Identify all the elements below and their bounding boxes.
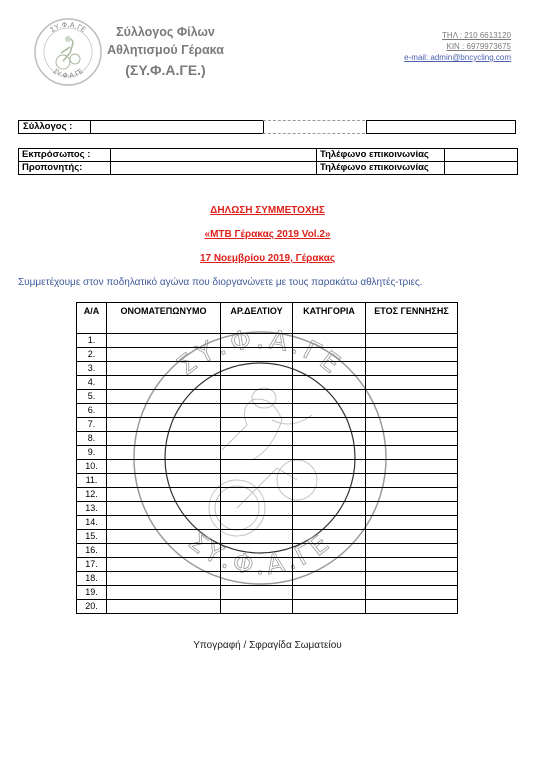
- table-row: 9.: [77, 446, 458, 460]
- row-index: 19.: [77, 586, 107, 600]
- table-row: 11.: [77, 474, 458, 488]
- table-row: 1.: [77, 334, 458, 348]
- birth-year-cell[interactable]: [366, 432, 458, 446]
- fullname-cell[interactable]: [107, 558, 221, 572]
- athletes-table: Α/Α ΟΝΟΜΑΤΕΠΩΝΥΜΟ ΑΡ.ΔΕΛΤΙΟΥ ΚΑΤΗΓΟΡΙΑ Ε…: [76, 302, 458, 614]
- license-cell[interactable]: [221, 544, 293, 558]
- license-cell[interactable]: [221, 558, 293, 572]
- fullname-cell[interactable]: [107, 334, 221, 348]
- club-logo-icon: ΣΥ.Φ.Α.ΓΕ ΣΥ.Φ.Α.ΓΕ: [33, 17, 103, 87]
- row-index: 4.: [77, 376, 107, 390]
- category-cell[interactable]: [293, 348, 366, 362]
- row-index: 17.: [77, 558, 107, 572]
- row-index: 15.: [77, 530, 107, 544]
- birth-year-cell[interactable]: [366, 460, 458, 474]
- representative-label: Εκπρόσωπος :: [19, 149, 111, 162]
- license-cell[interactable]: [221, 376, 293, 390]
- category-cell[interactable]: [293, 544, 366, 558]
- signature-stamp-label: Υπογραφή / Σφραγίδα Σωματείου: [0, 640, 535, 651]
- club-field[interactable]: [90, 120, 264, 134]
- col-header-fullname: ΟΝΟΜΑΤΕΠΩΝΥΜΟ: [107, 303, 221, 334]
- license-cell[interactable]: [221, 432, 293, 446]
- license-cell[interactable]: [221, 516, 293, 530]
- table-row: 17.: [77, 558, 458, 572]
- license-cell[interactable]: [221, 362, 293, 376]
- license-cell[interactable]: [221, 390, 293, 404]
- club-label: Σύλλογος :: [18, 120, 91, 134]
- category-cell[interactable]: [293, 376, 366, 390]
- event-date-place: 17 Νοεμβρίου 2019, Γέρακας: [0, 253, 535, 264]
- fullname-cell[interactable]: [107, 488, 221, 502]
- birth-year-cell[interactable]: [366, 348, 458, 362]
- license-cell[interactable]: [221, 488, 293, 502]
- birth-year-cell[interactable]: [366, 334, 458, 348]
- birth-year-cell[interactable]: [366, 362, 458, 376]
- category-cell[interactable]: [293, 362, 366, 376]
- athletes-table-header: Α/Α ΟΝΟΜΑΤΕΠΩΝΥΜΟ ΑΡ.ΔΕΛΤΙΟΥ ΚΑΤΗΓΟΡΙΑ Ε…: [77, 303, 458, 334]
- license-cell[interactable]: [221, 600, 293, 614]
- birth-year-cell[interactable]: [366, 390, 458, 404]
- license-cell[interactable]: [221, 572, 293, 586]
- category-cell[interactable]: [293, 460, 366, 474]
- license-cell[interactable]: [221, 502, 293, 516]
- birth-year-cell[interactable]: [366, 488, 458, 502]
- table-row: 16.: [77, 544, 458, 558]
- table-row: 15.: [77, 530, 458, 544]
- row-index: 7.: [77, 418, 107, 432]
- coach-field[interactable]: [111, 162, 317, 175]
- birth-year-cell[interactable]: [366, 572, 458, 586]
- birth-year-cell[interactable]: [366, 544, 458, 558]
- org-abbreviation: (ΣΥ.Φ.Α.ΓΕ.): [103, 62, 228, 78]
- col-header-index: Α/Α: [77, 303, 107, 334]
- fullname-cell[interactable]: [107, 362, 221, 376]
- category-cell[interactable]: [293, 502, 366, 516]
- license-cell[interactable]: [221, 460, 293, 474]
- row-index: 16.: [77, 544, 107, 558]
- birth-year-cell[interactable]: [366, 404, 458, 418]
- category-cell[interactable]: [293, 418, 366, 432]
- row-index: 14.: [77, 516, 107, 530]
- birth-year-cell[interactable]: [366, 502, 458, 516]
- table-row: 5.: [77, 390, 458, 404]
- license-cell[interactable]: [221, 404, 293, 418]
- row-index: 11.: [77, 474, 107, 488]
- fullname-cell[interactable]: [107, 586, 221, 600]
- category-cell[interactable]: [293, 404, 366, 418]
- declaration-title: ΔΗΛΩΣΗ ΣΥΜΜΕΤΟΧΗΣ: [0, 205, 535, 216]
- contacts-table: Εκπρόσωπος : Τηλέφωνο επικοινωνίας Προπο…: [18, 148, 518, 175]
- license-cell[interactable]: [221, 474, 293, 488]
- category-cell[interactable]: [293, 572, 366, 586]
- row-index: 8.: [77, 432, 107, 446]
- intro-text: Συμμετέχουμε στον ποδηλατικό αγώνα που δ…: [18, 277, 423, 288]
- category-cell[interactable]: [293, 432, 366, 446]
- representative-field[interactable]: [111, 149, 317, 162]
- fullname-cell[interactable]: [107, 502, 221, 516]
- birth-year-cell[interactable]: [366, 558, 458, 572]
- fullname-cell[interactable]: [107, 600, 221, 614]
- license-cell[interactable]: [221, 334, 293, 348]
- table-row: 10.: [77, 460, 458, 474]
- fullname-cell[interactable]: [107, 516, 221, 530]
- fullname-cell[interactable]: [107, 432, 221, 446]
- table-row: 4.: [77, 376, 458, 390]
- col-header-license: ΑΡ.ΔΕΛΤΙΟΥ: [221, 303, 293, 334]
- row-index: 9.: [77, 446, 107, 460]
- birth-year-cell[interactable]: [366, 376, 458, 390]
- table-row: 2.: [77, 348, 458, 362]
- table-row: 18.: [77, 572, 458, 586]
- org-name-line1: Σύλλογος Φίλων: [103, 25, 228, 39]
- fullname-cell[interactable]: [107, 544, 221, 558]
- club-field-secondary[interactable]: [366, 120, 516, 134]
- table-row: 7.: [77, 418, 458, 432]
- table-row: 14.: [77, 516, 458, 530]
- category-cell[interactable]: [293, 390, 366, 404]
- table-row: 13.: [77, 502, 458, 516]
- col-header-birth-year: ΕΤΟΣ ΓΕΝΝΗΣΗΣ: [366, 303, 458, 334]
- birth-year-cell[interactable]: [366, 418, 458, 432]
- license-cell[interactable]: [221, 586, 293, 600]
- license-cell[interactable]: [221, 418, 293, 432]
- row-index: 10.: [77, 460, 107, 474]
- fullname-cell[interactable]: [107, 348, 221, 362]
- category-cell[interactable]: [293, 600, 366, 614]
- mobile-number: ΚΙΝ : 6979973675: [447, 42, 512, 51]
- row-index: 6.: [77, 404, 107, 418]
- fullname-cell[interactable]: [107, 572, 221, 586]
- birth-year-cell[interactable]: [366, 530, 458, 544]
- coach-phone-field[interactable]: [445, 162, 518, 175]
- fullname-cell[interactable]: [107, 530, 221, 544]
- representative-row: Εκπρόσωπος : Τηλέφωνο επικοινωνίας: [19, 149, 518, 162]
- event-title: «MTB Γέρακας 2019 Vol.2»: [0, 229, 535, 240]
- category-cell[interactable]: [293, 334, 366, 348]
- category-cell[interactable]: [293, 446, 366, 460]
- row-index: 12.: [77, 488, 107, 502]
- license-cell[interactable]: [221, 446, 293, 460]
- representative-phone-field[interactable]: [445, 149, 518, 162]
- row-index: 5.: [77, 390, 107, 404]
- fullname-cell[interactable]: [107, 446, 221, 460]
- fullname-cell[interactable]: [107, 474, 221, 488]
- club-field-extension[interactable]: [263, 120, 365, 134]
- category-cell[interactable]: [293, 516, 366, 530]
- category-cell[interactable]: [293, 488, 366, 502]
- fullname-cell[interactable]: [107, 418, 221, 432]
- birth-year-cell[interactable]: [366, 516, 458, 530]
- table-row: 8.: [77, 432, 458, 446]
- category-cell[interactable]: [293, 558, 366, 572]
- row-index: 3.: [77, 362, 107, 376]
- coach-phone-label: Τηλέφωνο επικοινωνίας: [317, 162, 445, 175]
- fullname-cell[interactable]: [107, 460, 221, 474]
- coach-label: Προπονητής:: [19, 162, 111, 175]
- row-index: 1.: [77, 334, 107, 348]
- birth-year-cell[interactable]: [366, 600, 458, 614]
- email-link[interactable]: e-mail: admin@bncycling.com: [404, 53, 511, 62]
- category-cell[interactable]: [293, 530, 366, 544]
- fullname-cell[interactable]: [107, 376, 221, 390]
- table-row: 3.: [77, 362, 458, 376]
- table-row: 19.: [77, 586, 458, 600]
- license-cell[interactable]: [221, 530, 293, 544]
- license-cell[interactable]: [221, 348, 293, 362]
- birth-year-cell[interactable]: [366, 586, 458, 600]
- table-row: 6.: [77, 404, 458, 418]
- representative-phone-label: Τηλέφωνο επικοινωνίας: [317, 149, 445, 162]
- table-row: 12.: [77, 488, 458, 502]
- birth-year-cell[interactable]: [366, 474, 458, 488]
- category-cell[interactable]: [293, 586, 366, 600]
- birth-year-cell[interactable]: [366, 446, 458, 460]
- coach-row: Προπονητής: Τηλέφωνο επικοινωνίας: [19, 162, 518, 175]
- fullname-cell[interactable]: [107, 390, 221, 404]
- row-index: 18.: [77, 572, 107, 586]
- row-index: 13.: [77, 502, 107, 516]
- row-index: 2.: [77, 348, 107, 362]
- phone-number: ΤΗΛ : 210 6613120: [442, 31, 511, 40]
- fullname-cell[interactable]: [107, 404, 221, 418]
- table-row: 20.: [77, 600, 458, 614]
- row-index: 20.: [77, 600, 107, 614]
- category-cell[interactable]: [293, 474, 366, 488]
- org-name-line2: Αθλητισμού Γέρακα: [103, 43, 228, 57]
- col-header-category: ΚΑΤΗΓΟΡΙΑ: [293, 303, 366, 334]
